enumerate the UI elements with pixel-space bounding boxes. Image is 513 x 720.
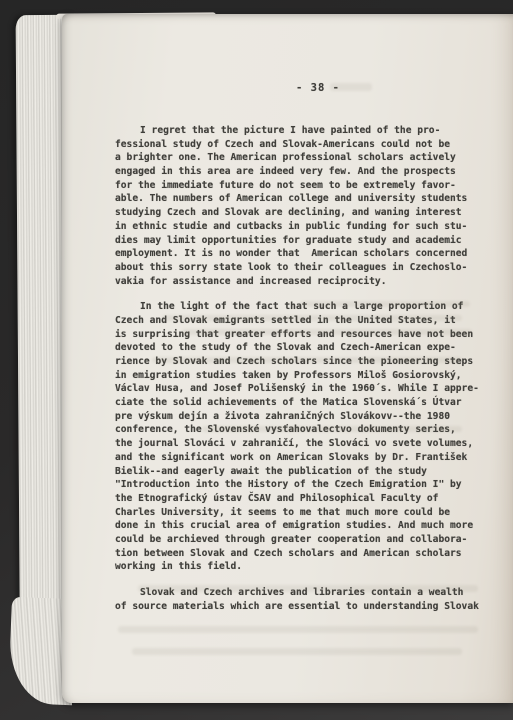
text-line: able. The numbers of American college an… [115, 192, 487, 206]
text-line: for the immediate future do not seem to … [115, 179, 487, 193]
bleed-through-smudge [138, 585, 478, 592]
text-line: in ethnic studie and cutbacks in public … [115, 220, 487, 234]
text-line: studying Czech and Slovak are declining,… [115, 206, 487, 220]
bleed-through-smudge [132, 648, 462, 655]
photo-background: - 38 - I regret that the picture I have … [0, 0, 513, 720]
text-line: fessional study of Czech and Slovak-Amer… [115, 138, 487, 152]
text-line: done in this crucial area of emigration … [115, 519, 487, 533]
text-line: a brighter one. The American professiona… [115, 151, 487, 165]
book-page: - 38 - I regret that the picture I have … [62, 14, 513, 703]
bleed-through-smudge [162, 315, 462, 321]
text-line: ciate the solid achievements of the Mati… [115, 396, 487, 410]
bleed-through-smudge [118, 626, 478, 633]
paragraph: In the light of the fact that such a lar… [115, 300, 487, 574]
text-line: employment. It is no wonder that America… [115, 247, 487, 261]
bleed-through-smudge [182, 329, 472, 335]
bleed-through-smudge [202, 426, 462, 432]
bleed-through-smudge [330, 83, 372, 91]
text-line: vakia for assistance and increased recip… [115, 275, 487, 289]
text-line: tion between Slovak and Czech scholars a… [115, 547, 487, 561]
text-line: and the significant work on American Slo… [115, 451, 487, 465]
text-line: about this sorry state look to their col… [115, 261, 487, 275]
text-line: I regret that the picture I have painted… [115, 124, 487, 138]
text-line: devoted to the study of the Slovak and C… [115, 341, 487, 355]
text-line: in emigration studies taken by Professor… [115, 369, 487, 383]
text-line: of source materials which are essential … [115, 600, 487, 614]
text-line: could be archieved through greater coope… [115, 533, 487, 547]
text-line: working in this field. [115, 560, 487, 574]
text-line: Václav Husa, and Josef Polišenský in the… [115, 382, 487, 396]
text-block: I regret that the picture I have painted… [115, 124, 487, 613]
text-line: pre výskum dejín a života zahraničných S… [115, 410, 487, 424]
paragraph: I regret that the picture I have painted… [115, 124, 487, 288]
text-line: Bielik--and eagerly await the publicatio… [115, 465, 487, 479]
bleed-through-smudge [152, 357, 462, 363]
text-line: engaged in this area are indeed very few… [115, 165, 487, 179]
text-line: the Etnografický ústav ČSAV and Philosop… [115, 492, 487, 506]
text-line: the journal Slováci v zahraničí, the Slo… [115, 437, 487, 451]
text-line: Charles University, it seems to me that … [115, 506, 487, 520]
text-line: dies may limit opportunities for graduat… [115, 234, 487, 248]
bleed-through-smudge [300, 301, 470, 307]
text-line: "Introduction into the History of the Cz… [115, 478, 487, 492]
